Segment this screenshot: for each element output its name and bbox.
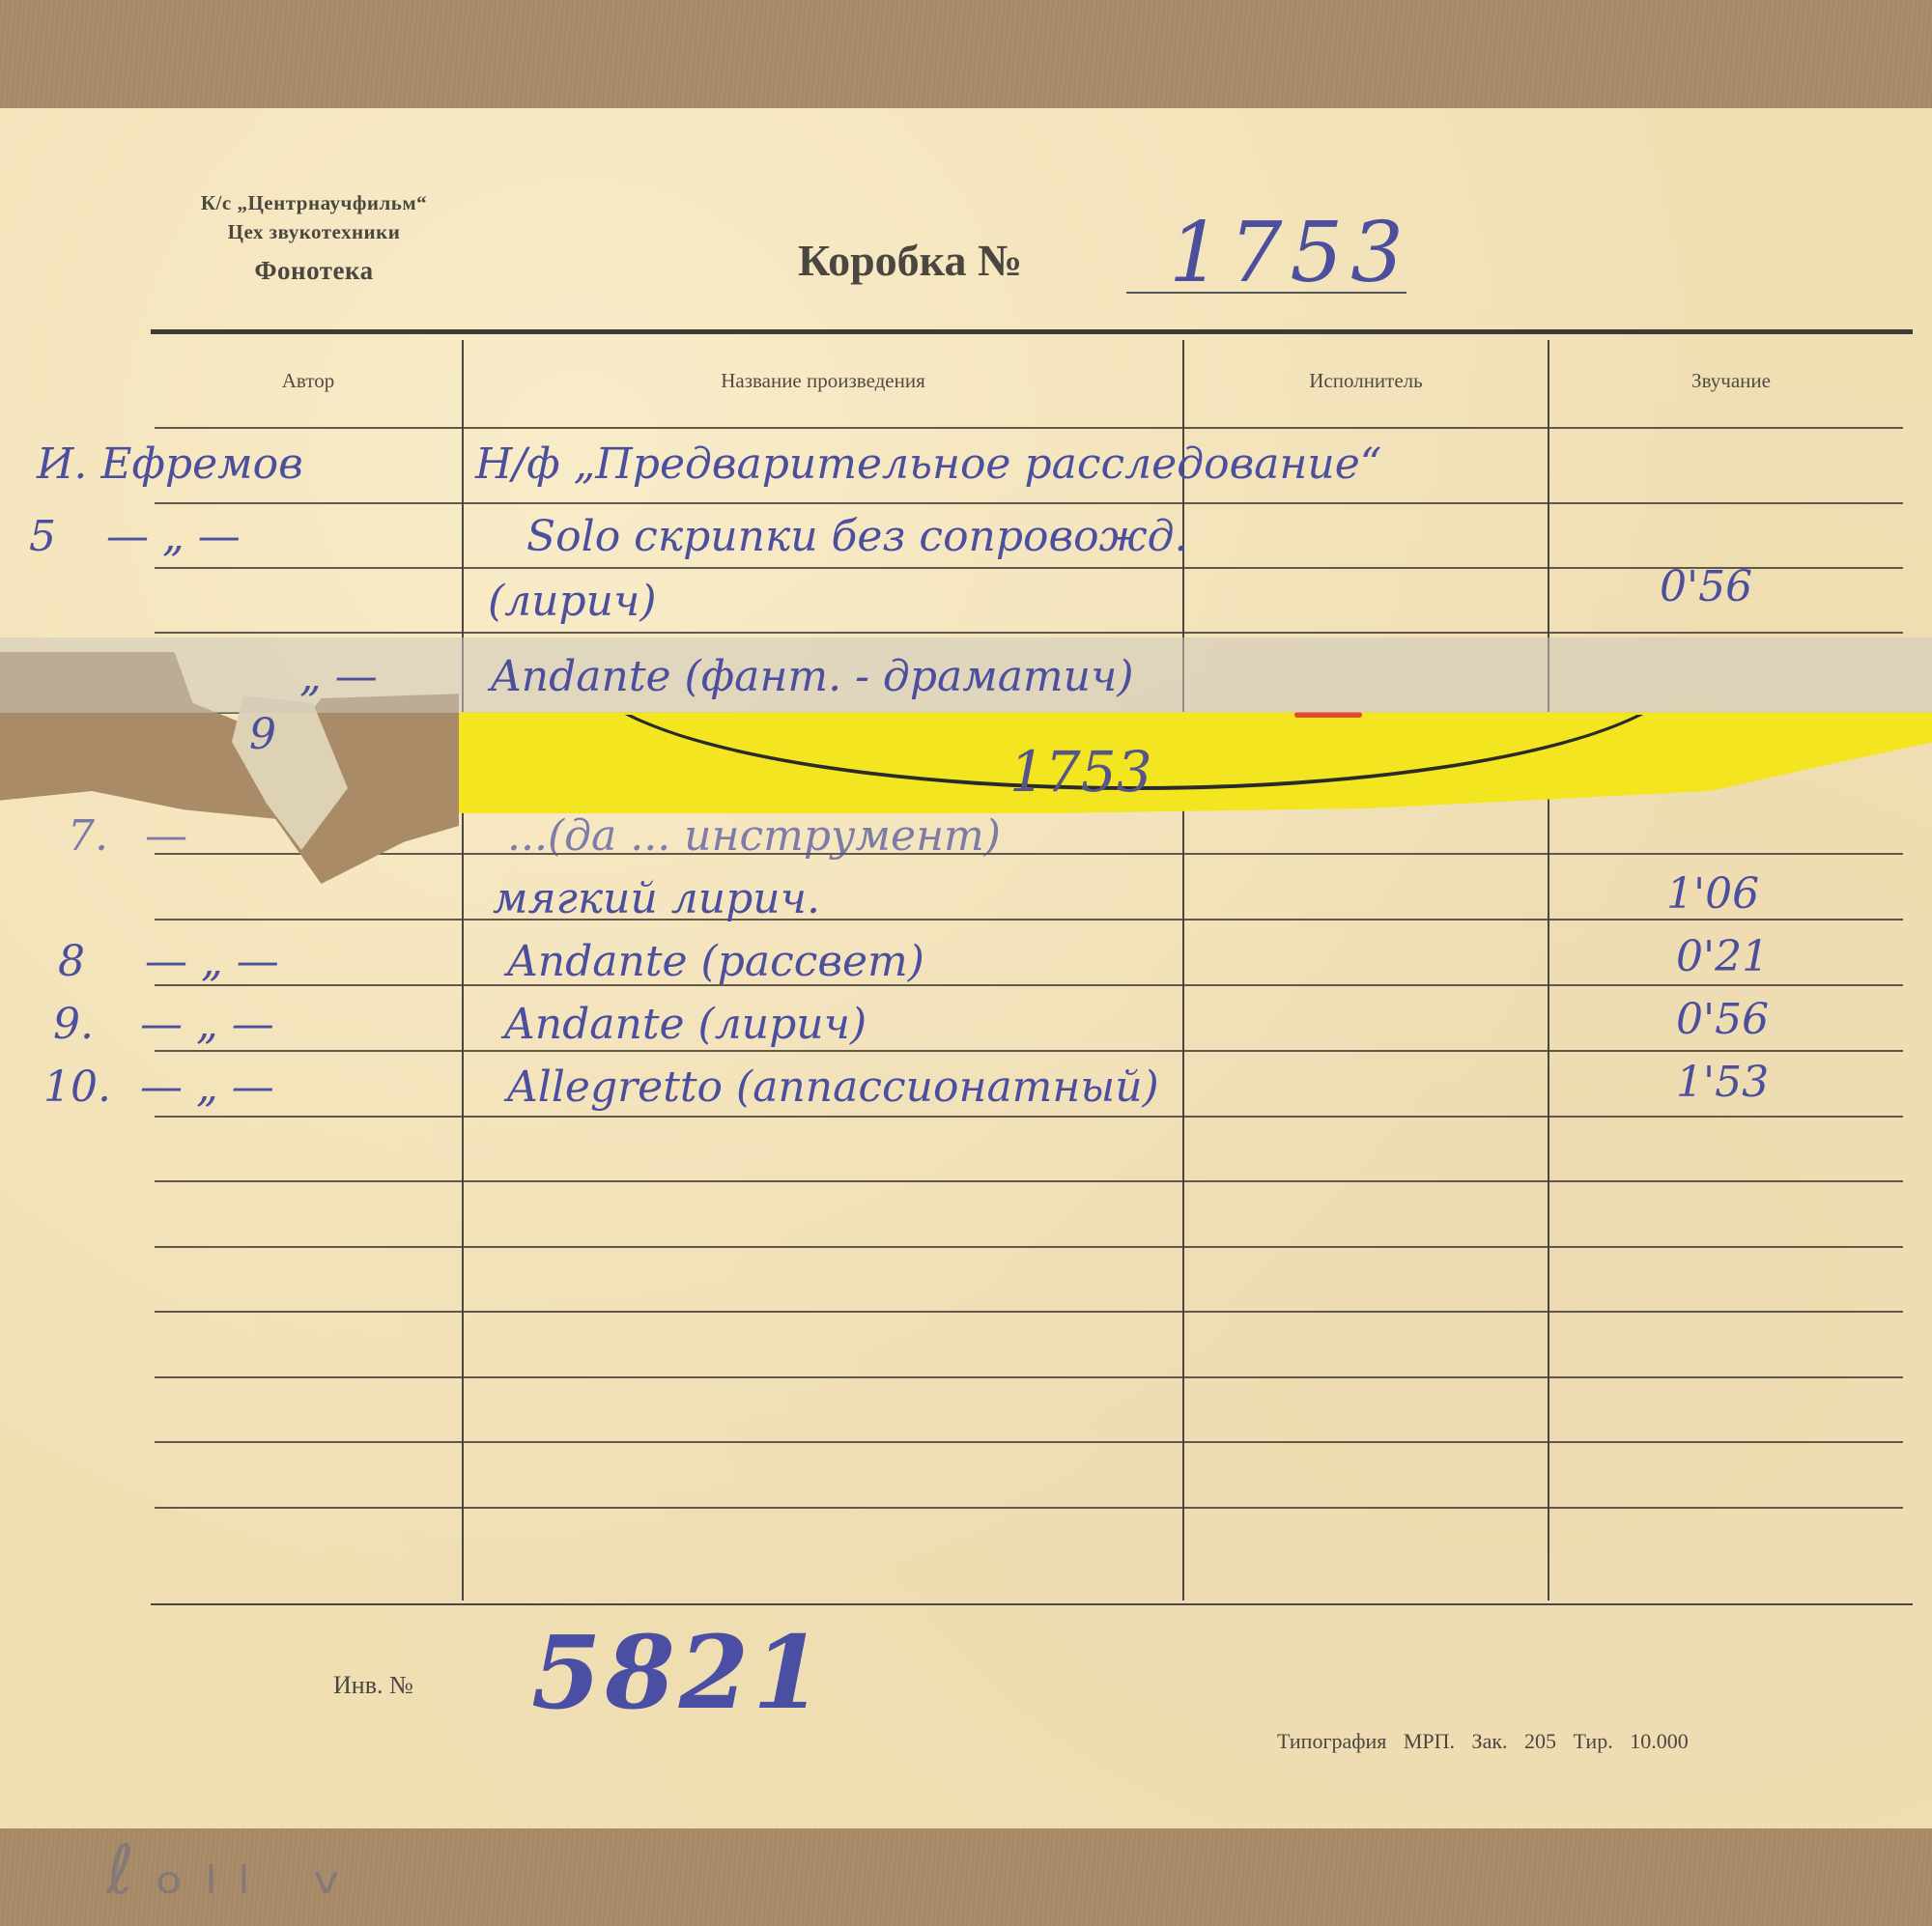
row-duration: 0'56 [1676,995,1769,1044]
column-header-performer: Исполнитель [1184,369,1548,393]
table-bottom-rule [151,1603,1913,1605]
row-number: 8 [58,937,85,986]
printer-imprint: Типография МРП. Зак. 205 Тир. 10.000 [1277,1729,1689,1754]
row-title: Andante (фант. - драматич) [491,652,1134,701]
row-author: — [145,811,187,861]
row-author: „ — [299,652,378,701]
column-divider [1548,340,1549,1600]
row-number: 9. [53,1000,94,1049]
row-author: — „ — [145,937,279,986]
row-duration: 0'56 [1660,562,1752,611]
inventory-card [0,108,1932,1830]
column-header-title: Название произведения [464,369,1182,393]
row-title: Solo скрипки без сопровожд. [526,512,1188,561]
box-number: 1753 [1169,205,1411,301]
row-title: (лирич) [488,577,657,626]
studio-header: К/с „Центрнаучфильм“ Цех звукотехники Фо… [145,188,483,285]
row-author: — „ — [140,1000,274,1049]
column-header-duration: Звучание [1549,369,1913,393]
department-name: Цех звукотехники [145,217,483,246]
row-duration: 1'53 [1676,1058,1769,1107]
row-duration: 1'06 [1666,869,1759,919]
sticker-number: 1753 [1009,739,1152,805]
row-number: 7. [68,811,108,861]
row-number: 5 [29,512,56,561]
row-title: Andante (рассвет) [507,937,924,986]
pencil-scribble: ℓ ₒ ₗ ₗ ᵥ [106,1830,342,1910]
studio-name: К/с „Центрнаучфильм“ [145,188,483,217]
column-divider [462,340,464,1600]
row-author: — „ — [106,512,241,561]
column-header-author: Автор [155,369,462,393]
cardboard-top [0,0,1932,110]
row-title: мягкий лирич. [493,874,820,923]
box-label: Коробка № [798,235,1022,286]
inventory-label: Инв. № [333,1671,413,1700]
row-author: И. Ефремов [37,439,303,489]
row-title: Allegretto (аппассионатный) [507,1062,1159,1112]
table-top-rule [151,329,1913,334]
row-number: 10. [43,1062,111,1112]
inventory-number: 5821 [531,1613,826,1732]
row-author: — „ — [140,1062,274,1112]
library-name: Фонотека [145,256,483,285]
row-duration: 0'21 [1676,932,1769,981]
row-title: ...(да ... инструмент) [507,811,1001,861]
row-title: Н/ф „Предварительное расследование“ [475,439,1381,489]
torn-row-number: 9 [249,710,276,759]
row-title: Andante (лирич) [504,1000,867,1049]
